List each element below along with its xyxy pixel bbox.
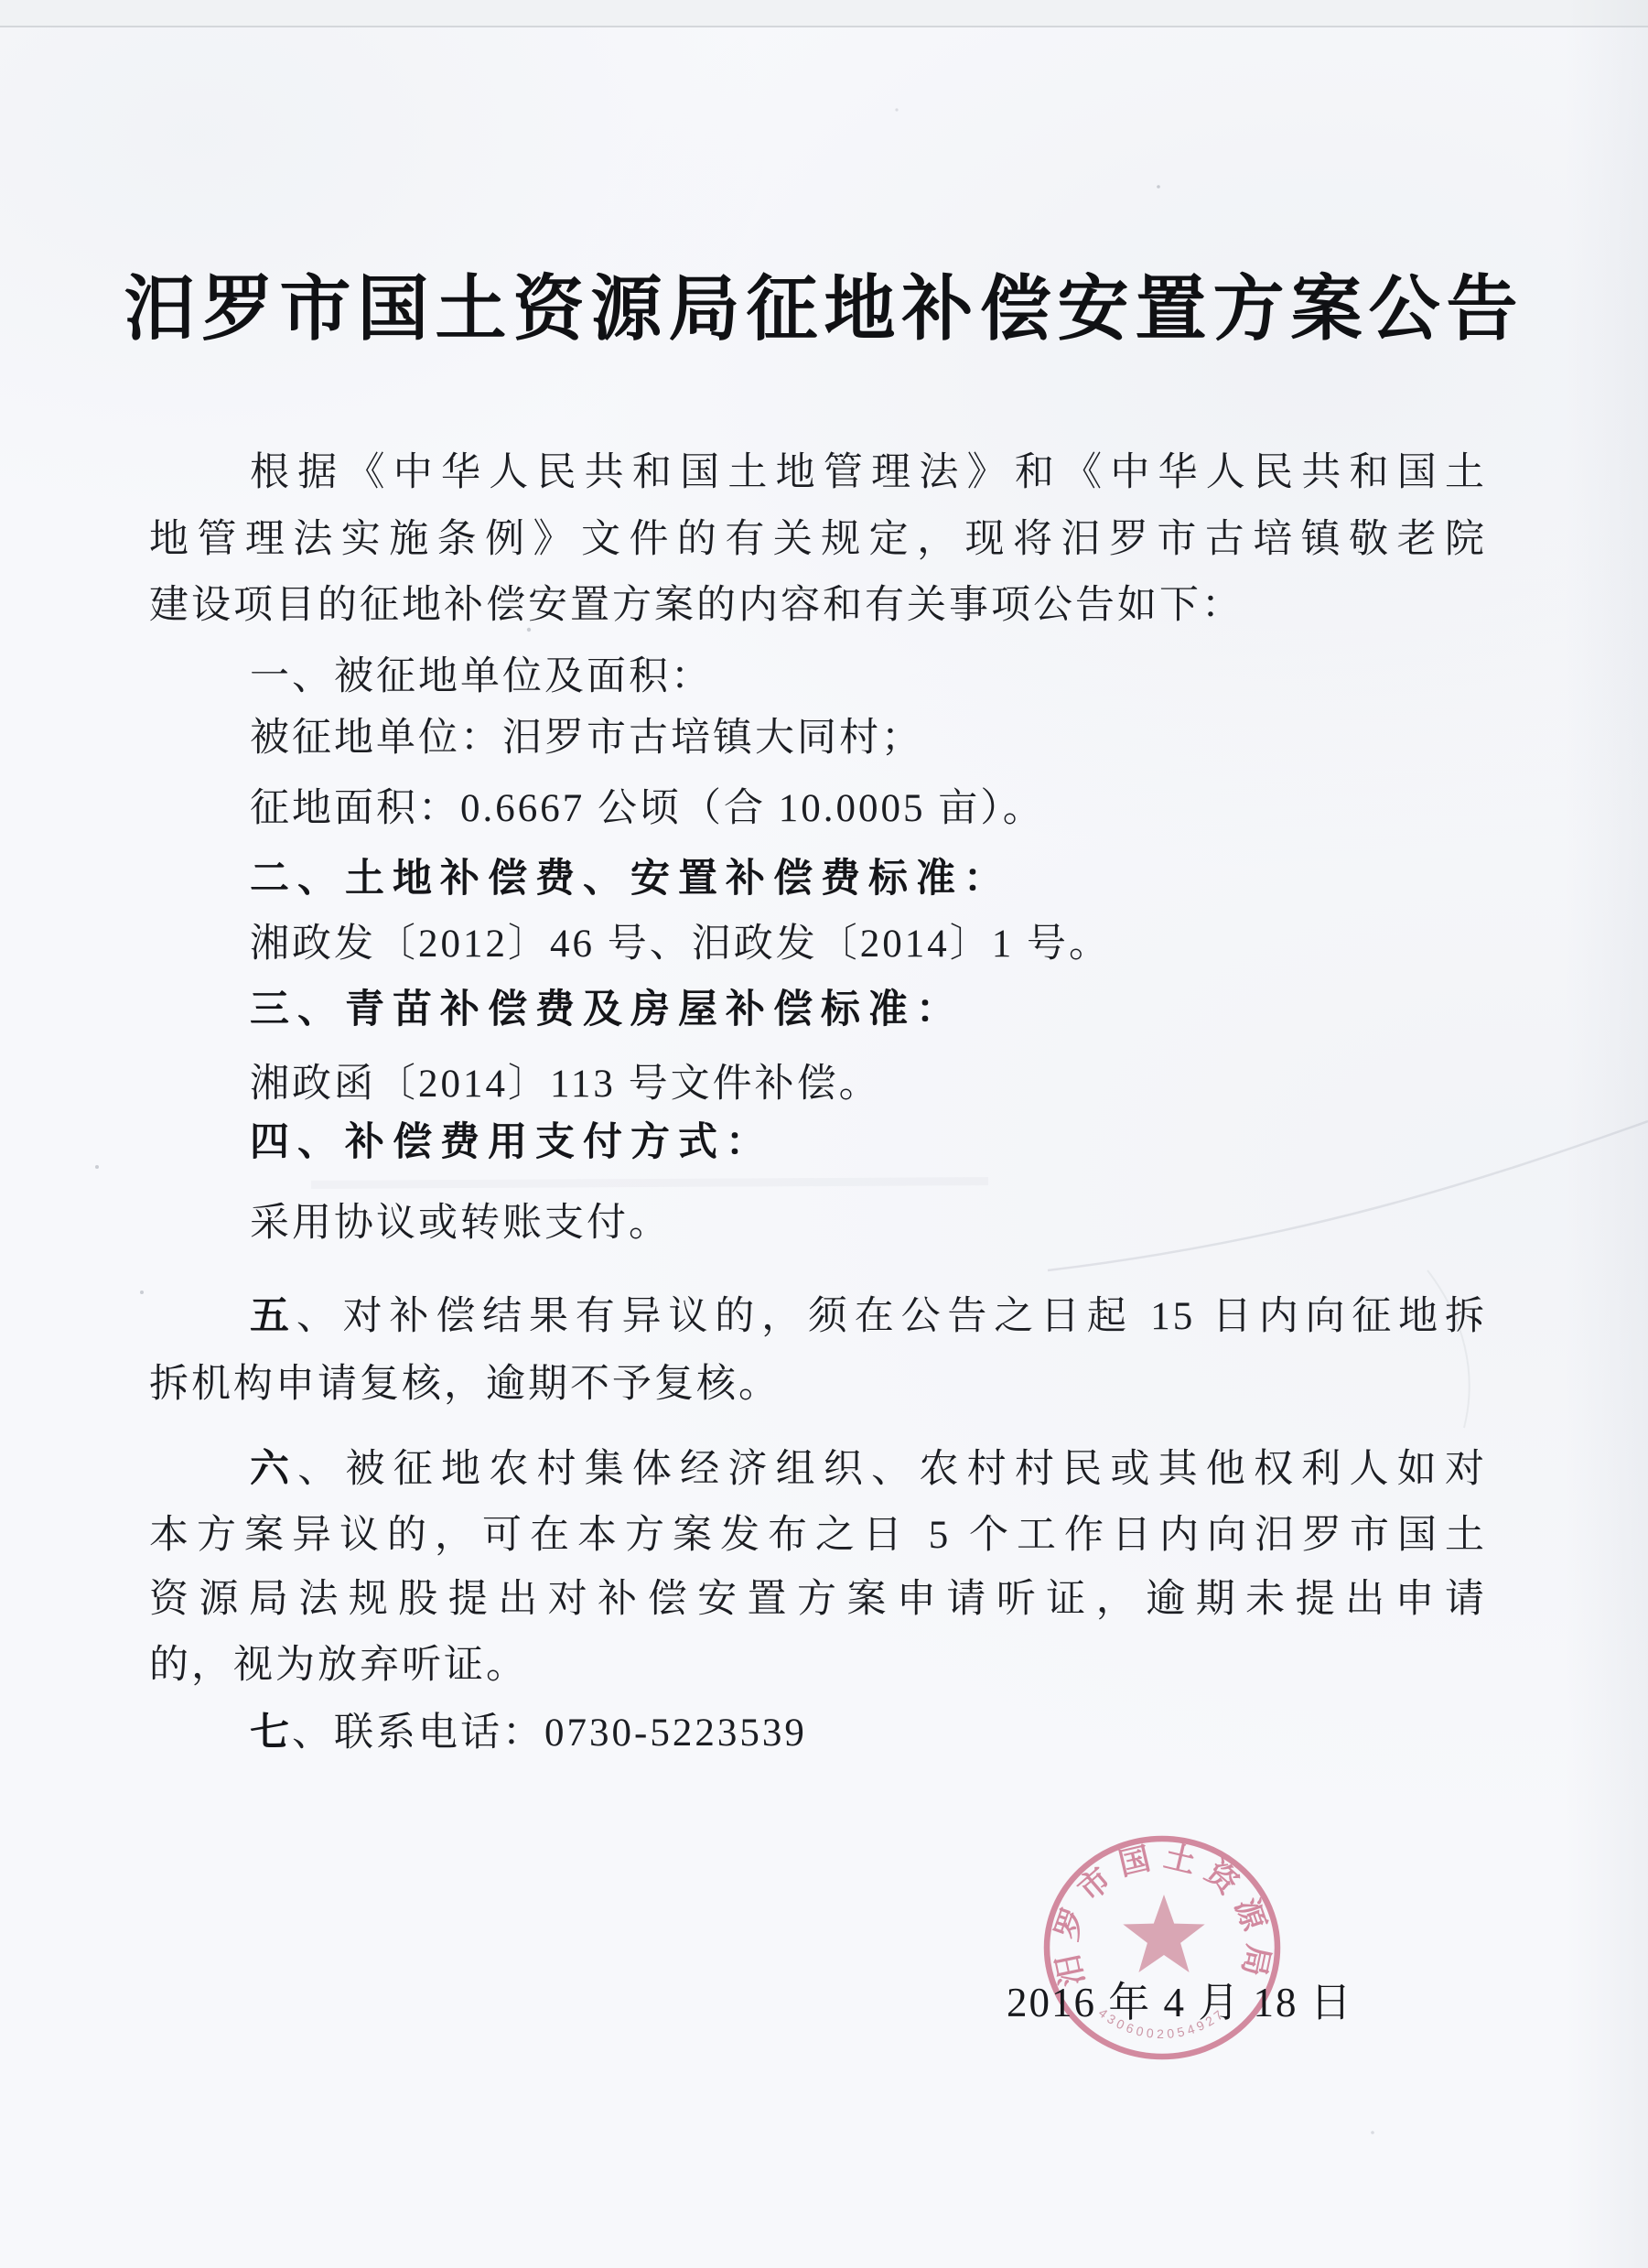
document-line-17: 资源局法规股提出对补偿安置方案申请听证，逾期未提出申请 bbox=[149, 1567, 1487, 1633]
document-line-15: 六、被征地农村集体经济组织、农村村民或其他权利人如对 bbox=[149, 1436, 1487, 1502]
line-text: 资源局法规股提出对补偿安置方案申请听证，逾期未提出申请 bbox=[149, 1578, 1487, 1621]
line-text: 拆机构申请复核，逾期不予复核。 bbox=[149, 1363, 781, 1406]
document-line-4: 一、被征地单位及面积： bbox=[149, 644, 1487, 710]
line-text: 根据《中华人民共和国土地管理法》和《中华人民共和国土 bbox=[250, 451, 1487, 494]
document-line-5: 被征地单位：汨罗市古培镇大同村； bbox=[149, 706, 1487, 772]
line-text: 采用协议或转账支付。 bbox=[250, 1202, 671, 1245]
line-text: 湘政函〔2014〕113 号文件补偿。 bbox=[250, 1063, 881, 1106]
document-line-7: 二、土地补偿费、安置补偿费标准： bbox=[149, 846, 1487, 912]
document-line-12: 采用协议或转账支付。 bbox=[149, 1191, 1487, 1257]
document-line-3: 建设项目的征地补偿安置方案的内容和有关事项公告如下： bbox=[149, 573, 1487, 639]
line-text: 、联系电话：0730-5223539 bbox=[292, 1712, 807, 1755]
line-emphasis-text: 七 bbox=[250, 1711, 292, 1755]
document-line-1: 根据《中华人民共和国土地管理法》和《中华人民共和国土 bbox=[149, 440, 1487, 506]
line-text: 一、被征地单位及面积： bbox=[250, 655, 713, 698]
document-line-2: 地管理法实施条例》文件的有关规定，现将汨罗市古培镇敬老院 bbox=[149, 507, 1487, 573]
document-line-13: 五、对补偿结果有异议的，须在公告之日起 15 日内向征地拆 bbox=[149, 1283, 1487, 1349]
line-emphasis-text: 三、青苗补偿费及房屋补偿标准： bbox=[250, 988, 964, 1031]
document-line-6: 征地面积：0.6667 公顷（合 10.0005 亩）。 bbox=[149, 776, 1487, 842]
line-emphasis-text: 四、补偿费用支付方式： bbox=[250, 1120, 773, 1164]
line-text: 征地面积：0.6667 公顷（合 10.0005 亩）。 bbox=[250, 787, 1045, 830]
document-line-9: 三、青苗补偿费及房屋补偿标准： bbox=[149, 977, 1487, 1042]
document-line-14: 拆机构申请复核，逾期不予复核。 bbox=[149, 1352, 1487, 1418]
line-text: 、被征地农村集体经济组织、农村村民或其他权利人如对 bbox=[297, 1448, 1487, 1491]
scanned-document-page: 汨罗市国土资源局征地补偿安置方案公告 根据《中华人民共和国土地管理法》和《中华人… bbox=[0, 0, 1648, 2268]
issue-date: 2016 年 4 月 18 日 bbox=[1007, 1977, 1353, 2028]
line-text: 的，视为放弃听证。 bbox=[149, 1644, 528, 1687]
line-emphasis-text: 二、土地补偿费、安置补偿费标准： bbox=[250, 857, 1011, 901]
document-line-8: 湘政发〔2012〕46 号、汨政发〔2014〕1 号。 bbox=[149, 912, 1487, 977]
line-text: 湘政发〔2012〕46 号、汨政发〔2014〕1 号。 bbox=[250, 923, 1111, 966]
line-text: 本方案异议的，可在本方案发布之日 5 个工作日内向汨罗市国土 bbox=[149, 1514, 1487, 1557]
line-text: 建设项目的征地补偿安置方案的内容和有关事项公告如下： bbox=[149, 584, 1244, 627]
document-line-19: 七、联系电话：0730-5223539 bbox=[149, 1700, 1487, 1766]
document-line-10: 湘政函〔2014〕113 号文件补偿。 bbox=[149, 1052, 1487, 1118]
line-emphasis-text: 六 bbox=[250, 1447, 297, 1491]
line-text: 地管理法实施条例》文件的有关规定，现将汨罗市古培镇敬老院 bbox=[149, 518, 1487, 561]
document-body: 根据《中华人民共和国土地管理法》和《中华人民共和国土地管理法实施条例》文件的有关… bbox=[0, 0, 1648, 2268]
line-text: 、对补偿结果有异议的，须在公告之日起 15 日内向征地拆 bbox=[296, 1295, 1487, 1338]
line-text: 被征地单位：汨罗市古培镇大同村； bbox=[250, 717, 923, 760]
document-line-18: 的，视为放弃听证。 bbox=[149, 1633, 1487, 1699]
document-line-11: 四、补偿费用支付方式： bbox=[149, 1109, 1487, 1175]
line-emphasis-text: 五 bbox=[250, 1294, 296, 1338]
document-line-16: 本方案异议的，可在本方案发布之日 5 个工作日内向汨罗市国土 bbox=[149, 1503, 1487, 1569]
